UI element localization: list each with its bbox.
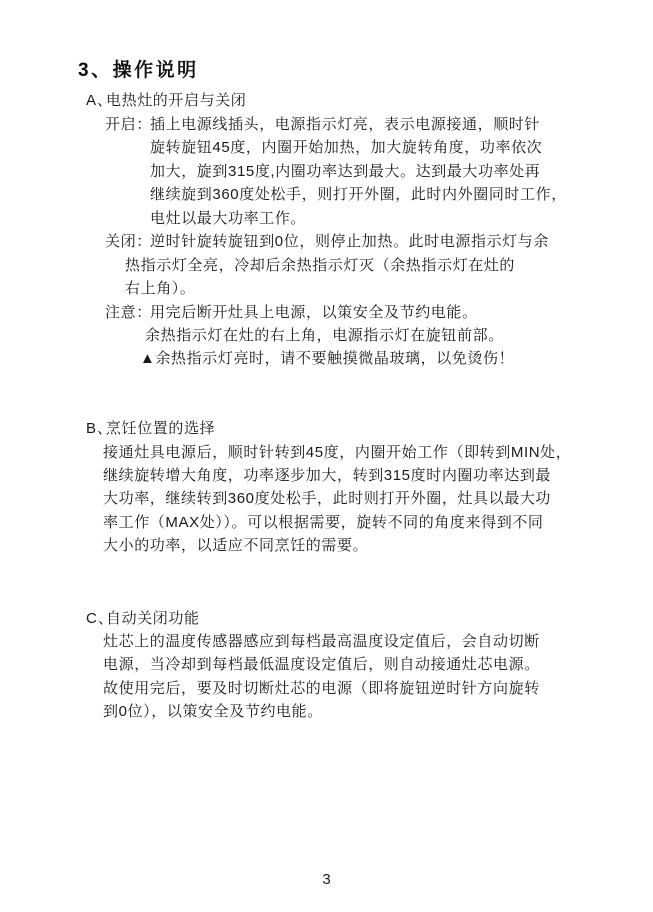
text-line: 热指示灯全亮，冷却后余热指示灯灭（余热指示灯在灶的 [125,258,515,274]
note-block-label: 注意： [105,305,152,321]
document-page: 3、操作说明 A、电热灶的开启与关闭开启：插上电源线插头，电源指示灯亮，表示电源… [0,0,653,912]
text-line: 右上角）。 [125,281,196,297]
section-a-title: 电热灶的开启与关闭 [106,93,246,109]
close-block-label: 关闭： [105,234,152,250]
page-title: 3、操作说明 [78,60,199,82]
section-c-title: 自动关闭功能 [106,611,200,627]
text-line: 大小的功率，以适应不同烹饪的需要。 [103,538,368,554]
text-line: 继续旋到360度处松手，则打开外圈，此时内外圈同时工作， [150,187,567,203]
text-line: 率工作（MAX处））。可以根据需要，旋转不同的角度来得到不同 [103,515,544,531]
text-line: 接通灶具电源后，顺时针转到45度，内圈开始工作（即转到MIN处， [103,445,571,461]
open-block-label: 开启： [105,117,152,133]
text-line: 加大，旋到315度,内圈功率达到最大。达到最大功率处再 [150,164,540,180]
text-line: 故使用完后，要及时切断灶芯的电源（即将旋钮逆时针方向旋转 [103,681,540,697]
text-line: 大功率，继续转到360度处松手，此时则打开外圈，灶具以最大功 [103,491,551,507]
text-line: 继续旋转增大角度，功率逐步加大，转到315度时内圈功率达到最 [103,468,551,484]
text-line: 余热指示灯在灶的右上角，电源指示灯在旋钮前部。 [145,328,504,344]
warning-line: ▲余热指示灯亮时，请不要触摸微晶玻璃，以免烫伤！ [140,351,514,367]
section-b-title: 烹饪位置的选择 [106,421,215,437]
text-line: 逆时针旋转旋钮到0位，则停止加热。此时电源指示灯与余 [150,234,549,250]
text-line: 电灶以最大功率工作。 [150,211,306,227]
text-line: 插上电源线插头，电源指示灯亮，表示电源接通，顺时针 [150,117,540,133]
text-line: 用完后断开灶具上电源，以策安全及节约电能。 [150,305,478,321]
text-line: 旋转旋钮45度，内圈开始加热，加大旋转角度，功率依次 [150,140,542,156]
text-line: 到0位），以策安全及节约电能。 [103,704,323,720]
text-line: 灶芯上的温度传感器感应到每档最高温度设定值后，会自动切断 [103,634,540,650]
text-line: 电源，当冷却到每档最低温度设定值后，则自动接通灶芯电源。 [103,657,540,673]
page-number: 3 [0,871,653,888]
